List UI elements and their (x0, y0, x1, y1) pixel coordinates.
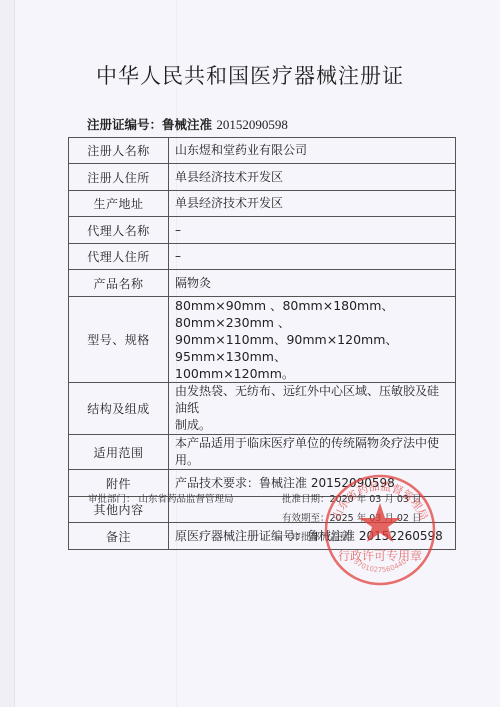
row-value-line: 90mm×110mm、90mm×120mm、95mm×130mm、 (175, 331, 449, 365)
approval-department: 审批部门： 山东省药品监督管理局 (88, 491, 234, 505)
row-value: 80mm×90mm 、80mm×180mm、80mm×230mm 、90mm×1… (169, 297, 456, 383)
document-title: 中华人民共和国医疗器械注册证 (0, 60, 500, 90)
table-row: 代理人名称– (69, 217, 456, 244)
row-value: 由发热袋、无纺布、远红外中心区域、压敏胶及硅油纸制成。 (169, 383, 456, 435)
row-value: 单县经济技术开发区 (169, 164, 456, 191)
row-label: 产品名称 (69, 270, 169, 297)
table-row: 适用范围本产品适用于临床医疗单位的传统隔物灸疗法中使用。 (69, 435, 456, 470)
row-value-line: 80mm×90mm 、80mm×180mm、80mm×230mm 、 (175, 297, 449, 331)
table-row: 注册人住所单县经济技术开发区 (69, 164, 456, 191)
row-label: 代理人住所 (69, 244, 169, 270)
registration-number-label: 注册证编号：鲁械注准 (87, 117, 212, 132)
row-label: 代理人名称 (69, 217, 169, 244)
row-value: 本产品适用于临床医疗单位的传统隔物灸疗法中使用。 (169, 435, 456, 470)
row-value: 单县经济技术开发区 (169, 191, 456, 217)
row-label: 注册人住所 (69, 164, 169, 191)
row-label: 注册人名称 (69, 138, 169, 164)
row-value: 隔物灸 (169, 270, 456, 297)
row-value: – (169, 244, 456, 270)
row-label: 备注 (69, 523, 169, 550)
row-value: – (169, 217, 456, 244)
row-value-line: 制成。 (175, 417, 449, 434)
row-label: 适用范围 (69, 435, 169, 470)
official-seal-icon: 山东省药品监督管理局 行政许可专用章 3701027560440 (320, 470, 440, 590)
table-row: 产品名称隔物灸 (69, 270, 456, 297)
page-edge (0, 0, 15, 707)
registration-number: 注册证编号：鲁械注准 20152090598 (87, 115, 288, 133)
registration-number-value: 20152090598 (216, 117, 288, 132)
row-value-line: 100mm×120mm。 (175, 365, 449, 382)
row-label: 型号、规格 (69, 297, 169, 383)
table-row: 型号、规格80mm×90mm 、80mm×180mm、80mm×230mm 、9… (69, 297, 456, 383)
row-value-line: 由发热袋、无纺布、远红外中心区域、压敏胶及硅油纸 (175, 383, 449, 417)
row-label: 生产地址 (69, 191, 169, 217)
table-row: 代理人住所– (69, 244, 456, 270)
table-row: 结构及组成由发热袋、无纺布、远红外中心区域、压敏胶及硅油纸制成。 (69, 383, 456, 435)
table-row: 生产地址单县经济技术开发区 (69, 191, 456, 217)
table-row: 注册人名称山东煜和堂药业有限公司 (69, 138, 456, 164)
row-label: 结构及组成 (69, 383, 169, 435)
svg-text:行政许可专用章: 行政许可专用章 (338, 548, 422, 563)
row-value: 山东煜和堂药业有限公司 (169, 138, 456, 164)
